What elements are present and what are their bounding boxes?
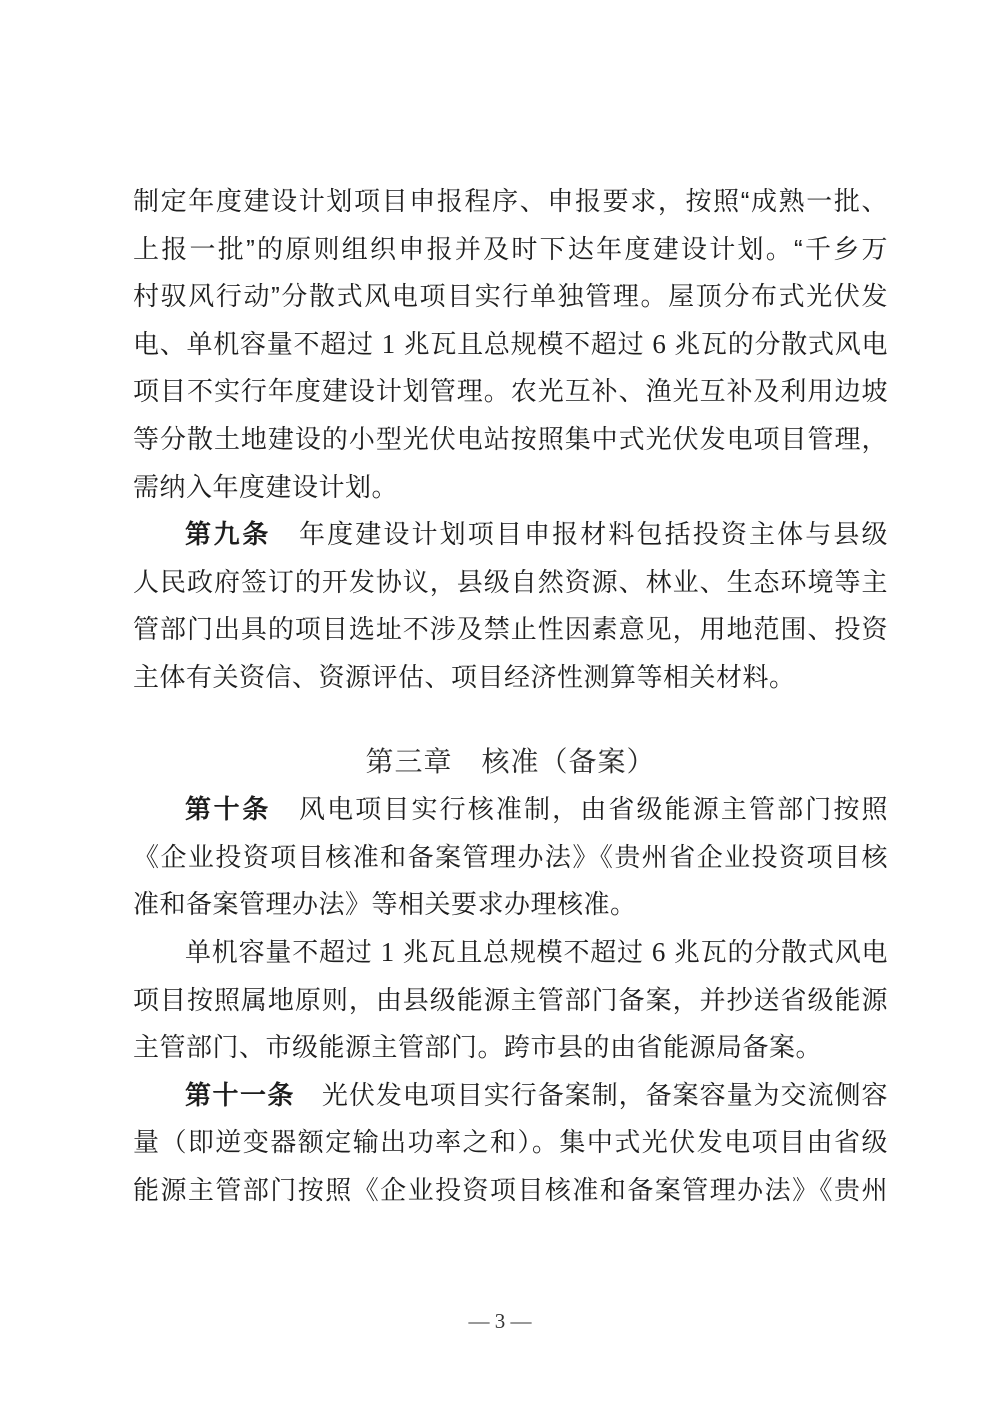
text-line: 管部门出具的项目选址不涉及禁止性因素意见，用地范围、投资 <box>133 606 888 654</box>
document-page: 制定年度建设计划项目申报程序、申报要求，按照“成熟一批、上报一批”的原则组织申报… <box>0 0 1000 1414</box>
chapter-heading: 第三章 核准（备案） <box>133 739 888 787</box>
text-line: 主体有关资信、资源评估、项目经济性测算等相关材料。 <box>133 654 888 702</box>
paragraph: 第十一条 光伏发电项目实行备案制，备案容量为交流侧容量（即逆变器额定输出功率之和… <box>133 1072 888 1215</box>
text-line: 第十条 风电项目实行核准制，由省级能源主管部门按照 <box>133 786 888 834</box>
text-line: 电、单机容量不超过 1 兆瓦且总规模不超过 6 兆瓦的分散式风电 <box>133 321 888 369</box>
text-line: 人民政府签订的开发协议，县级自然资源、林业、生态环境等主 <box>133 559 888 607</box>
article-number: 第十一条 <box>185 1080 295 1110</box>
text-line: 量（即逆变器额定输出功率之和）。集中式光伏发电项目由省级 <box>133 1119 888 1167</box>
text-line: 准和备案管理办法》等相关要求办理核准。 <box>133 881 888 929</box>
text-line: 单机容量不超过 1 兆瓦且总规模不超过 6 兆瓦的分散式风电 <box>133 929 888 977</box>
text-line: 上报一批”的原则组织申报并及时下达年度建设计划。“千乡万 <box>133 226 888 274</box>
text-line: 项目不实行年度建设计划管理。农光互补、渔光互补及利用边坡 <box>133 368 888 416</box>
paragraph: 制定年度建设计划项目申报程序、申报要求，按照“成熟一批、上报一批”的原则组织申报… <box>133 178 888 511</box>
document-body: 制定年度建设计划项目申报程序、申报要求，按照“成熟一批、上报一批”的原则组织申报… <box>133 178 888 1214</box>
numeral: 6 <box>652 329 666 359</box>
text-line: 第十一条 光伏发电项目实行备案制，备案容量为交流侧容 <box>133 1072 888 1120</box>
text-line: 第九条 年度建设计划项目申报材料包括投资主体与县级 <box>133 511 888 559</box>
numeral: 1 <box>382 329 396 359</box>
text-line: 制定年度建设计划项目申报程序、申报要求，按照“成熟一批、 <box>133 178 888 226</box>
paragraph: 单机容量不超过 1 兆瓦且总规模不超过 6 兆瓦的分散式风电项目按照属地原则，由… <box>133 929 888 1072</box>
paragraph: 第十条 风电项目实行核准制，由省级能源主管部门按照《企业投资项目核准和备案管理办… <box>133 786 888 929</box>
text-line: 主管部门、市级能源主管部门。跨市县的由省能源局备案。 <box>133 1024 888 1072</box>
text-line: 村驭风行动”分散式风电项目实行单独管理。屋顶分布式光伏发 <box>133 273 888 321</box>
paragraph: 第九条 年度建设计划项目申报材料包括投资主体与县级人民政府签订的开发协议，县级自… <box>133 511 888 701</box>
article-number: 第九条 <box>185 519 271 549</box>
text-line: 《企业投资项目核准和备案管理办法》《贵州省企业投资项目核 <box>133 834 888 882</box>
numeral: 1 <box>381 937 395 967</box>
article-number: 第十条 <box>185 794 271 824</box>
numeral: 6 <box>652 937 666 967</box>
text-line: 能源主管部门按照《企业投资项目核准和备案管理办法》《贵州 <box>133 1167 888 1215</box>
text-line: 需纳入年度建设计划。 <box>133 464 888 512</box>
page-number: — 3 — <box>0 1306 1000 1336</box>
text-line: 等分散土地建设的小型光伏电站按照集中式光伏发电项目管理， <box>133 416 888 464</box>
text-line: 项目按照属地原则，由县级能源主管部门备案，并抄送省级能源 <box>133 977 888 1025</box>
